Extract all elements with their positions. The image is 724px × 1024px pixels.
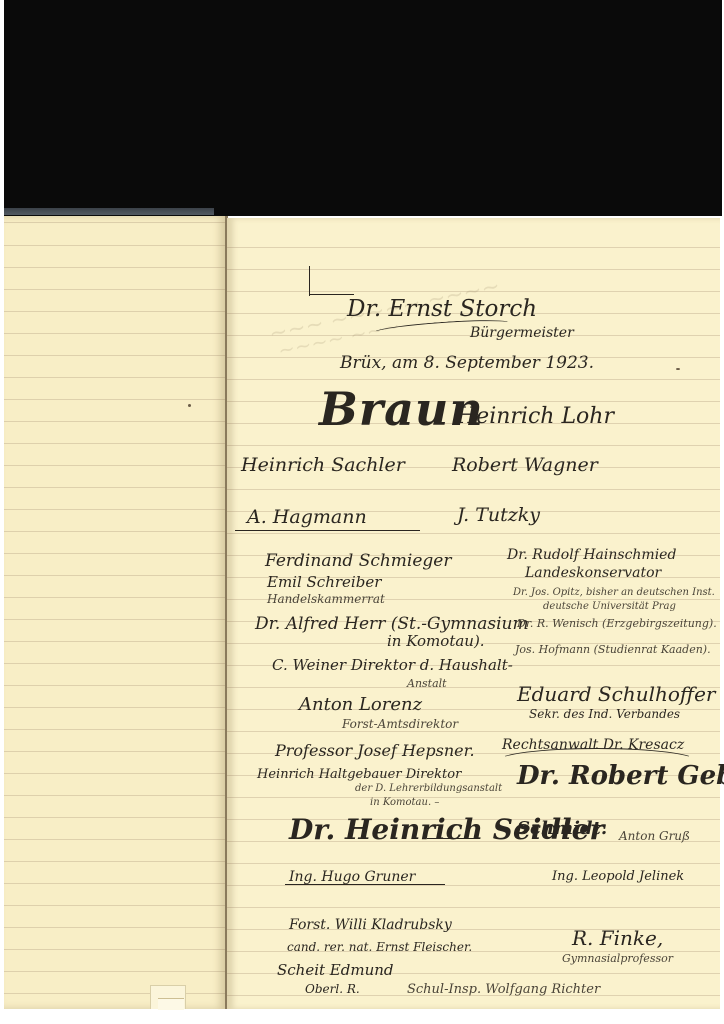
book-cover-edge — [4, 208, 214, 215]
signature: Anton Lorenz — [299, 696, 422, 714]
signature: Anton Gruß — [619, 830, 690, 842]
signature: A. Hagmann — [247, 508, 367, 527]
signature-title: Anstalt — [407, 678, 447, 689]
signature-title: in Komotau. – — [370, 798, 439, 808]
signature-underline — [285, 884, 445, 885]
signature: Eduard Schulhoffer — [517, 684, 715, 704]
signature: Ing. Hugo Gruner — [289, 870, 415, 884]
signature-title: der D. Lehrerbildungsanstalt — [355, 784, 502, 794]
signature: Heinrich Lohr — [457, 406, 614, 428]
signature-underline — [427, 838, 475, 839]
signature: Emil Schreiber — [267, 575, 381, 590]
signature: Ing. Leopold Jelinek — [552, 870, 684, 883]
document-scan: ~~~ ~~~~~ ~~~~ ~~~~ ~~~ Dr. Ernst Storch… — [0, 0, 724, 1024]
header-signature: Dr. Ernst Storch — [347, 298, 537, 321]
signature: Dr. R. Wenisch (Erzgebirgszeitung). — [517, 618, 717, 629]
signature: Robert Wagner — [452, 456, 598, 475]
signature-title: Sekr. des Ind. Verbandes — [529, 708, 680, 720]
signature-title: Oberl. R. — [305, 983, 360, 995]
signature-flourish — [309, 294, 354, 295]
signature: C. Weiner Direktor d. Haushalt- — [272, 658, 513, 673]
signature-flourish — [309, 266, 310, 296]
signature-title: Forst-Amtsdirektor — [342, 718, 458, 730]
signature-underline — [235, 530, 420, 531]
torn-paper-tab-inner — [158, 998, 184, 1010]
right-page: ~~~ ~~~~~ ~~~~ ~~~~ ~~~ Dr. Ernst Storch… — [227, 218, 720, 1009]
scan-background — [4, 0, 722, 216]
signature: Heinrich Sachler — [241, 456, 405, 475]
signature: Dr. Jos. Opitz, bisher an deutschen Inst… — [513, 588, 715, 598]
signature: Professor Josef Hepsner. — [275, 743, 475, 759]
signature: Schmidt. — [517, 820, 607, 838]
signature-title: Landeskonservator — [525, 566, 661, 580]
ink-speck — [188, 404, 191, 407]
signature: Jos. Hofmann (Studienrat Kaaden). — [515, 644, 711, 655]
signature-title: Handelskammerrat — [267, 593, 385, 605]
signature: Scheit Edmund — [277, 963, 394, 978]
header-title: Bürgermeister — [470, 326, 574, 340]
signature-title: deutsche Universität Prag — [543, 602, 676, 612]
signature: Dr. Robert Gebhardt — [517, 763, 724, 789]
left-page — [4, 216, 226, 1009]
signature-title: Gymnasialprofessor — [562, 953, 673, 964]
dateline: Brüx, am 8. September 1923. — [340, 355, 594, 372]
signature: Ferdinand Schmieger — [265, 553, 452, 570]
signature: Dr. Alfred Herr (St.-Gymnasium — [255, 616, 529, 633]
ink-dash — [676, 368, 680, 370]
signature: R. Finke, — [572, 928, 663, 948]
signature: cand. rer. nat. Ernst Fleischer. — [287, 941, 472, 953]
signature: J. Tutzky — [457, 506, 540, 525]
signature: Forst. Willi Kladrubsky — [289, 918, 452, 932]
signature: Dr. Rudolf Hainschmied — [507, 548, 676, 562]
signature-title: in Komotau). — [387, 634, 485, 649]
signature: Heinrich Haltgebauer Direktor — [257, 768, 461, 781]
signature: Schul-Insp. Wolfgang Richter — [407, 983, 600, 996]
